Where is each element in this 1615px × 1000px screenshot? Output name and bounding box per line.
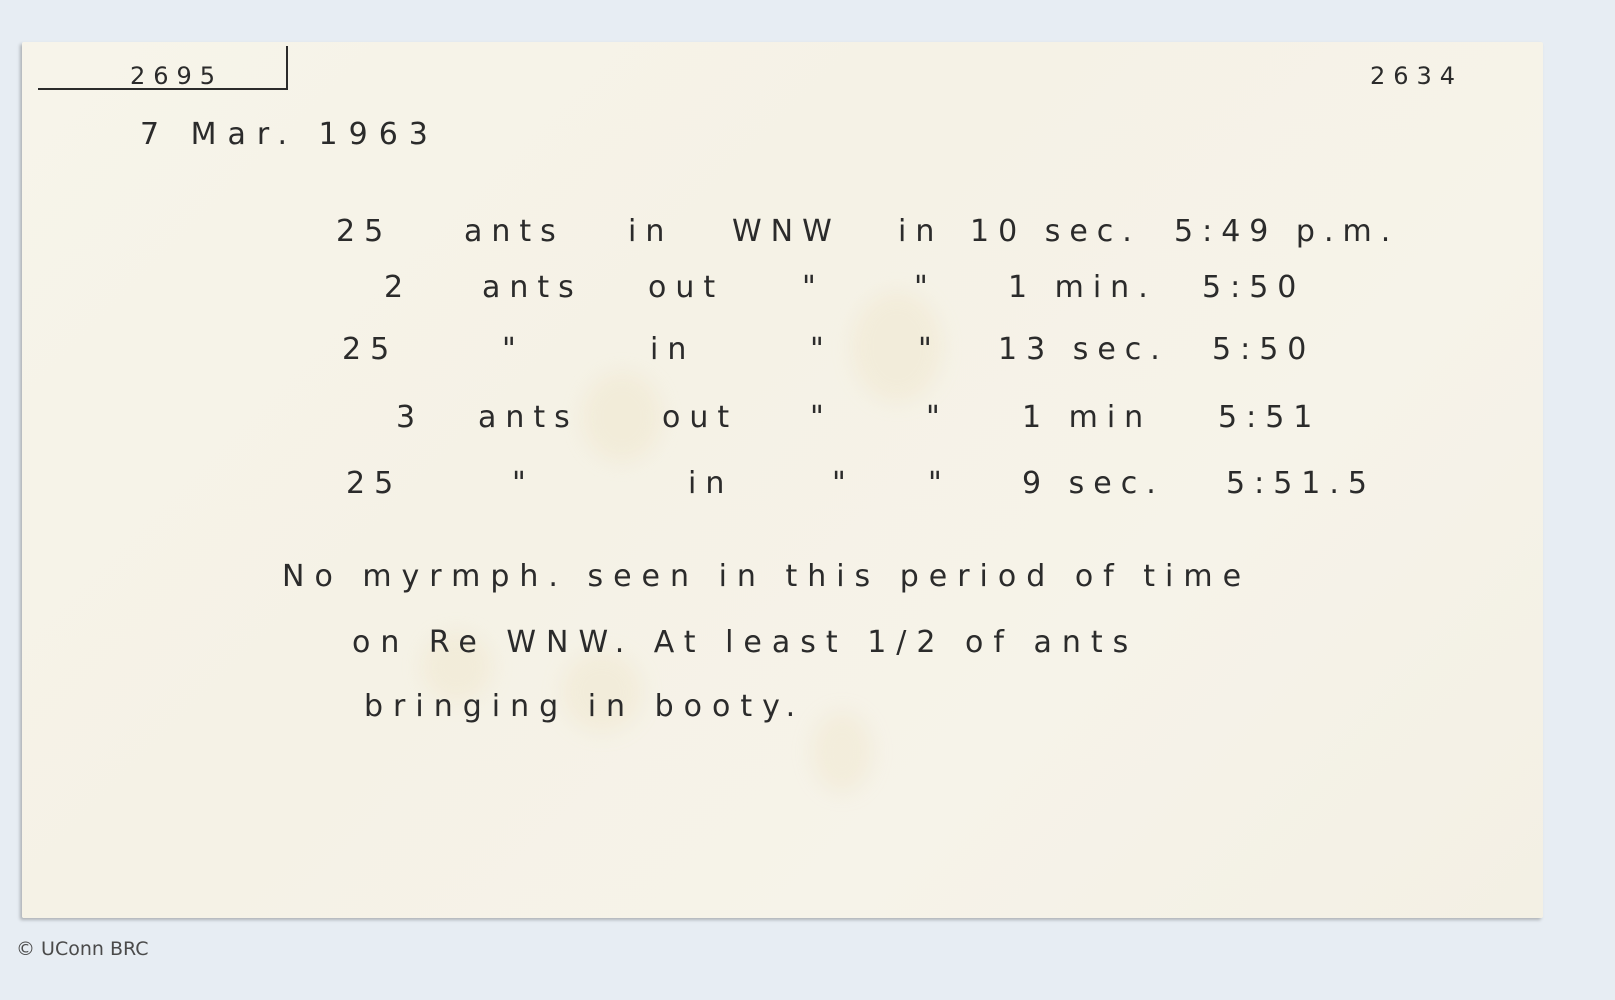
catalog-number-right: 2634 [1370,64,1463,88]
direction: out [648,270,724,305]
subject: ants [482,270,583,305]
duration: 9 sec. [1022,466,1165,501]
preposition: " [928,466,951,501]
duration: 10 sec. [970,214,1141,249]
observation-row: 25 " in " " 9 sec. 5:51.5 [332,466,1462,506]
preposition: in [898,214,943,249]
subject: ants [478,400,579,435]
duration: 1 min. [1008,270,1157,305]
duration: 13 sec. [998,332,1169,367]
subject: ants [464,214,565,249]
subject: " [512,466,535,501]
observation-row: 25 ants in WNW in 10 sec. 5:49 p.m. [332,214,1462,254]
ant-count: 25 [346,466,402,501]
catalog-number-left: 2695 [130,64,223,88]
preposition: " [914,270,937,305]
ant-count: 25 [336,214,392,249]
observation-date: 7 Mar. 1963 [140,120,439,150]
ant-count: 2 [384,270,412,305]
location: WNW [732,214,841,249]
clock-time: 5:50 [1212,332,1315,367]
note-line: on Re WNW. At least 1/2 of ants [352,628,1138,658]
observation-row: 25 " in " " 13 sec. 5:50 [332,332,1462,372]
index-card: 2695 2634 7 Mar. 1963 25 ants in WNW in … [22,42,1543,918]
location: " [832,466,855,501]
observation-row: 2 ants out " " 1 min. 5:50 [332,270,1462,310]
direction: in [628,214,673,249]
direction: in [688,466,733,501]
paper-stain [812,712,872,792]
location: " [810,332,833,367]
ant-count: 25 [342,332,398,367]
clock-time: 5:51 [1218,400,1321,435]
clock-time: 5:51.5 [1226,466,1376,501]
clock-time: 5:49 p.m. [1174,214,1399,249]
subject: " [502,332,525,367]
direction: out [662,400,738,435]
copyright-credit: © UConn BRC [16,938,149,960]
note-line: No myrmph. seen in this period of time [282,562,1251,592]
direction: in [650,332,695,367]
preposition: " [926,400,949,435]
location: " [810,400,833,435]
clock-time: 5:50 [1202,270,1305,305]
preposition: " [918,332,941,367]
ant-count: 3 [396,400,424,435]
note-line: bringing in booty. [364,692,805,722]
observation-row: 3 ants out " " 1 min 5:51 [332,400,1462,440]
location: " [802,270,825,305]
duration: 1 min [1022,400,1152,435]
